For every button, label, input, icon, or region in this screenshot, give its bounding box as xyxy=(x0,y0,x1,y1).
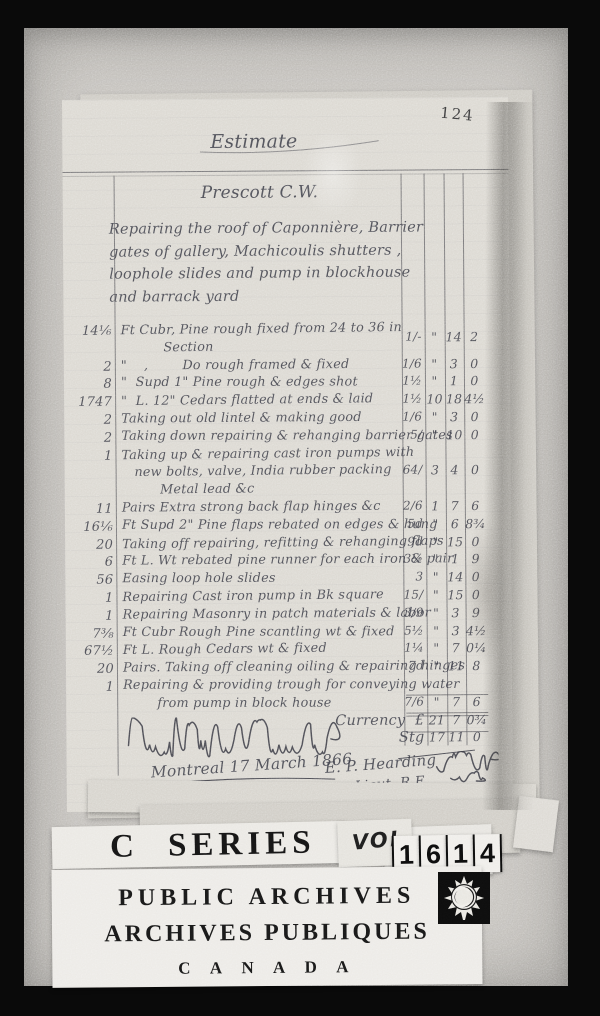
archives-label: PUBLIC ARCHIVESARCHIVES PUBLIQUESC A N A… xyxy=(51,866,482,988)
pounds-cell: 10 xyxy=(424,392,445,407)
rate-cell: 7/6 xyxy=(388,694,424,708)
desc-line: new bolts, valve, India rubber packing xyxy=(122,463,392,481)
pounds-cell: " xyxy=(425,534,446,549)
pounds-cell: " xyxy=(424,409,445,424)
pounds-cell: " xyxy=(426,641,447,656)
rate-cell: 1/- xyxy=(386,329,422,343)
rate-cell: 3½ xyxy=(387,552,423,566)
work-description-line: gates of gallery, Machicoulis shutters , xyxy=(109,242,449,267)
qty-cell: 67½ xyxy=(72,644,114,659)
pence-cell: 0 xyxy=(463,373,486,388)
pence-cell: 8¾ xyxy=(464,516,487,531)
qty-cell: 20 xyxy=(72,662,114,677)
pence-cell: 0 xyxy=(464,587,487,602)
desc-line: Easing loop hole slides xyxy=(122,571,275,586)
desc-line: " Supd 1" Pine rough & edges shot xyxy=(121,375,358,391)
rate-cell: 5½ xyxy=(388,623,424,637)
pounds-cell: " xyxy=(425,570,446,585)
pounds-cell: " xyxy=(426,659,447,674)
rate-cell: 3/9 xyxy=(388,605,424,619)
qty-cell: 20 xyxy=(71,537,113,552)
work-description-line: and barrack yard xyxy=(109,287,449,312)
desc-line: Repairing Masonry in patch materials & l… xyxy=(123,605,431,622)
rate-cell: 1¼ xyxy=(388,641,424,655)
qty-cell: 1 xyxy=(72,608,114,623)
shillings-cell: 10 xyxy=(444,427,464,442)
pounds-cell: " xyxy=(424,356,445,371)
qty-cell: 1 xyxy=(71,591,113,606)
rate-cell: 15/ xyxy=(387,587,423,601)
qty-cell: 8 xyxy=(70,377,112,392)
pence-cell: 9 xyxy=(465,605,488,620)
qty-cell: 2 xyxy=(70,413,112,428)
total-pounds: 17 xyxy=(426,730,447,745)
shillings-cell: 7 xyxy=(446,641,466,656)
rate-cell: 5d xyxy=(387,516,423,530)
rate-cell: 5/ xyxy=(386,427,422,441)
rate-cell: 1/6 xyxy=(386,409,422,423)
pounds-cell: 1 xyxy=(425,498,446,513)
pence-cell: 0 xyxy=(464,462,487,477)
qty-cell: 1747 xyxy=(70,395,112,410)
qty-cell: 1 xyxy=(72,680,114,695)
shillings-cell: 14 xyxy=(444,329,464,344)
work-description-line: Repairing the roof of Caponnière, Barrie… xyxy=(109,219,449,244)
qty-cell: 6 xyxy=(71,555,113,570)
desc-line: Section xyxy=(121,340,214,356)
qty-cell: 2 xyxy=(70,430,112,445)
total-pounds: 21 xyxy=(426,712,447,727)
desc-line: Ft Cubr, Pine rough fixed from 24 to 36 … xyxy=(121,320,402,338)
shillings-cell: 1 xyxy=(444,374,464,389)
desc-line: from pump in block house xyxy=(123,695,331,711)
desc-line: Taking up & repairing cast iron pumps wi… xyxy=(121,445,414,463)
shillings-cell: 11 xyxy=(446,658,466,673)
estimate-table: 14⅙Ft Cubr, Pine rough fixed from 24 to … xyxy=(64,320,510,323)
rate-cell: 64/ xyxy=(387,463,423,477)
shillings-cell: 4 xyxy=(445,463,465,478)
pounds-cell: " xyxy=(424,427,445,442)
pounds-cell: " xyxy=(425,552,446,567)
pence-cell: 6 xyxy=(465,694,488,709)
qty-cell: 14⅙ xyxy=(70,324,112,339)
pence-cell: 0¼ xyxy=(465,640,488,655)
rate-cell: 1/6 xyxy=(386,356,422,370)
pence-cell: 4½ xyxy=(465,623,488,638)
pence-cell: 0 xyxy=(464,569,487,584)
station-heading: Prescott C.W. xyxy=(201,182,319,203)
desc-line: " , Do rough framed & fixed xyxy=(121,357,350,374)
work-description: Repairing the roof of Caponnière, Barrie… xyxy=(109,219,450,311)
org-line: C A N A D A xyxy=(52,956,482,980)
desc-line: " L. 12" Cedars flatted at ends & laid xyxy=(121,391,373,409)
desc-line: Repairing Cast iron pump in Bk square xyxy=(122,587,384,605)
desc-line: Taking out old lintel & making good xyxy=(121,410,362,427)
shillings-cell: 3 xyxy=(446,623,466,638)
page-number: 124 xyxy=(439,104,475,125)
rate-cell: 2/6 xyxy=(387,498,423,512)
desc-line: Ft L. Rough Cedars wt & fixed xyxy=(123,641,327,658)
pounds-cell: 3 xyxy=(425,463,446,478)
shillings-cell: 14 xyxy=(445,569,465,584)
pence-cell: 6 xyxy=(464,498,487,513)
paper-scrap xyxy=(513,796,559,852)
desc-line: Ft Cubr Rough Pine scantling wt & fixed xyxy=(123,624,395,640)
org-line: PUBLIC ARCHIVES xyxy=(52,882,482,913)
pence-cell: 0 xyxy=(463,409,486,424)
shillings-cell: 15 xyxy=(445,534,465,549)
total-label: Stg xyxy=(186,730,424,748)
signature-place-date: Montreal 17 March 1866 xyxy=(150,750,352,782)
qty-cell: 56 xyxy=(71,573,113,588)
qty-cell: 2 xyxy=(70,359,112,374)
rate-cell: 3 xyxy=(387,570,423,584)
pence-cell: 2 xyxy=(463,329,486,344)
pounds-cell: " xyxy=(424,329,445,344)
total-pence: 0 xyxy=(465,729,488,744)
page-title: Estimate xyxy=(210,130,297,153)
pounds-cell: " xyxy=(425,516,446,531)
pounds-cell: " xyxy=(426,694,447,709)
pence-cell: 4½ xyxy=(463,391,486,406)
shillings-cell: 7 xyxy=(445,498,465,513)
desc-line: Repairing & providing trough for conveyi… xyxy=(123,677,460,693)
pounds-cell: " xyxy=(425,587,446,602)
rate-cell: 1½ xyxy=(386,374,422,388)
pence-cell: 0 xyxy=(464,534,487,549)
pence-cell: 0 xyxy=(463,427,486,442)
qty-cell: 7⅜ xyxy=(72,626,114,641)
estimate-page: 124 Estimate Prescott C.W. Repairing the… xyxy=(62,97,513,812)
total-pence: 0¾ xyxy=(465,712,488,727)
qty-cell: 16⅙ xyxy=(71,519,113,534)
shillings-cell: 3 xyxy=(446,605,466,620)
archives-logo xyxy=(438,872,490,924)
series-label: C SERIES xyxy=(52,821,347,869)
shillings-cell: 15 xyxy=(445,587,465,602)
header-rule-2 xyxy=(63,172,509,177)
shillings-cell: 3 xyxy=(444,409,464,424)
org-line: ARCHIVES PUBLIQUES xyxy=(52,918,482,949)
pounds-cell: " xyxy=(426,623,447,638)
pence-cell: 9 xyxy=(464,551,487,566)
work-description-line: loophole slides and pump in blockhouse xyxy=(109,264,449,289)
pence-cell: 0 xyxy=(463,356,486,371)
total-shillings: 7 xyxy=(446,712,466,727)
pounds-cell: " xyxy=(424,374,445,389)
rate-cell: 7d xyxy=(388,659,424,673)
clerk-signature-scrawl xyxy=(435,751,499,783)
rate-cell: 1½ xyxy=(386,392,422,406)
total-shillings: 11 xyxy=(446,730,466,745)
rate-cell: 9d xyxy=(387,534,423,548)
shillings-cell: 7 xyxy=(446,694,466,709)
shillings-cell: 1 xyxy=(445,552,465,567)
shillings-cell: 18 xyxy=(444,391,464,406)
microfilm-frame: { "page": { "number": "124", "header": {… xyxy=(0,0,600,1016)
desc-line: Pairs Extra strong back flap hinges &c xyxy=(122,499,381,516)
shillings-cell: 6 xyxy=(445,516,465,531)
pounds-cell: " xyxy=(426,605,447,620)
total-label: Currency £ xyxy=(186,712,424,730)
qty-cell: 11 xyxy=(71,502,113,517)
qty-cell: 1 xyxy=(70,448,112,463)
pence-cell: 8 xyxy=(465,658,488,673)
shillings-cell: 3 xyxy=(444,356,464,371)
desc-line: Metal lead &c xyxy=(122,482,255,499)
